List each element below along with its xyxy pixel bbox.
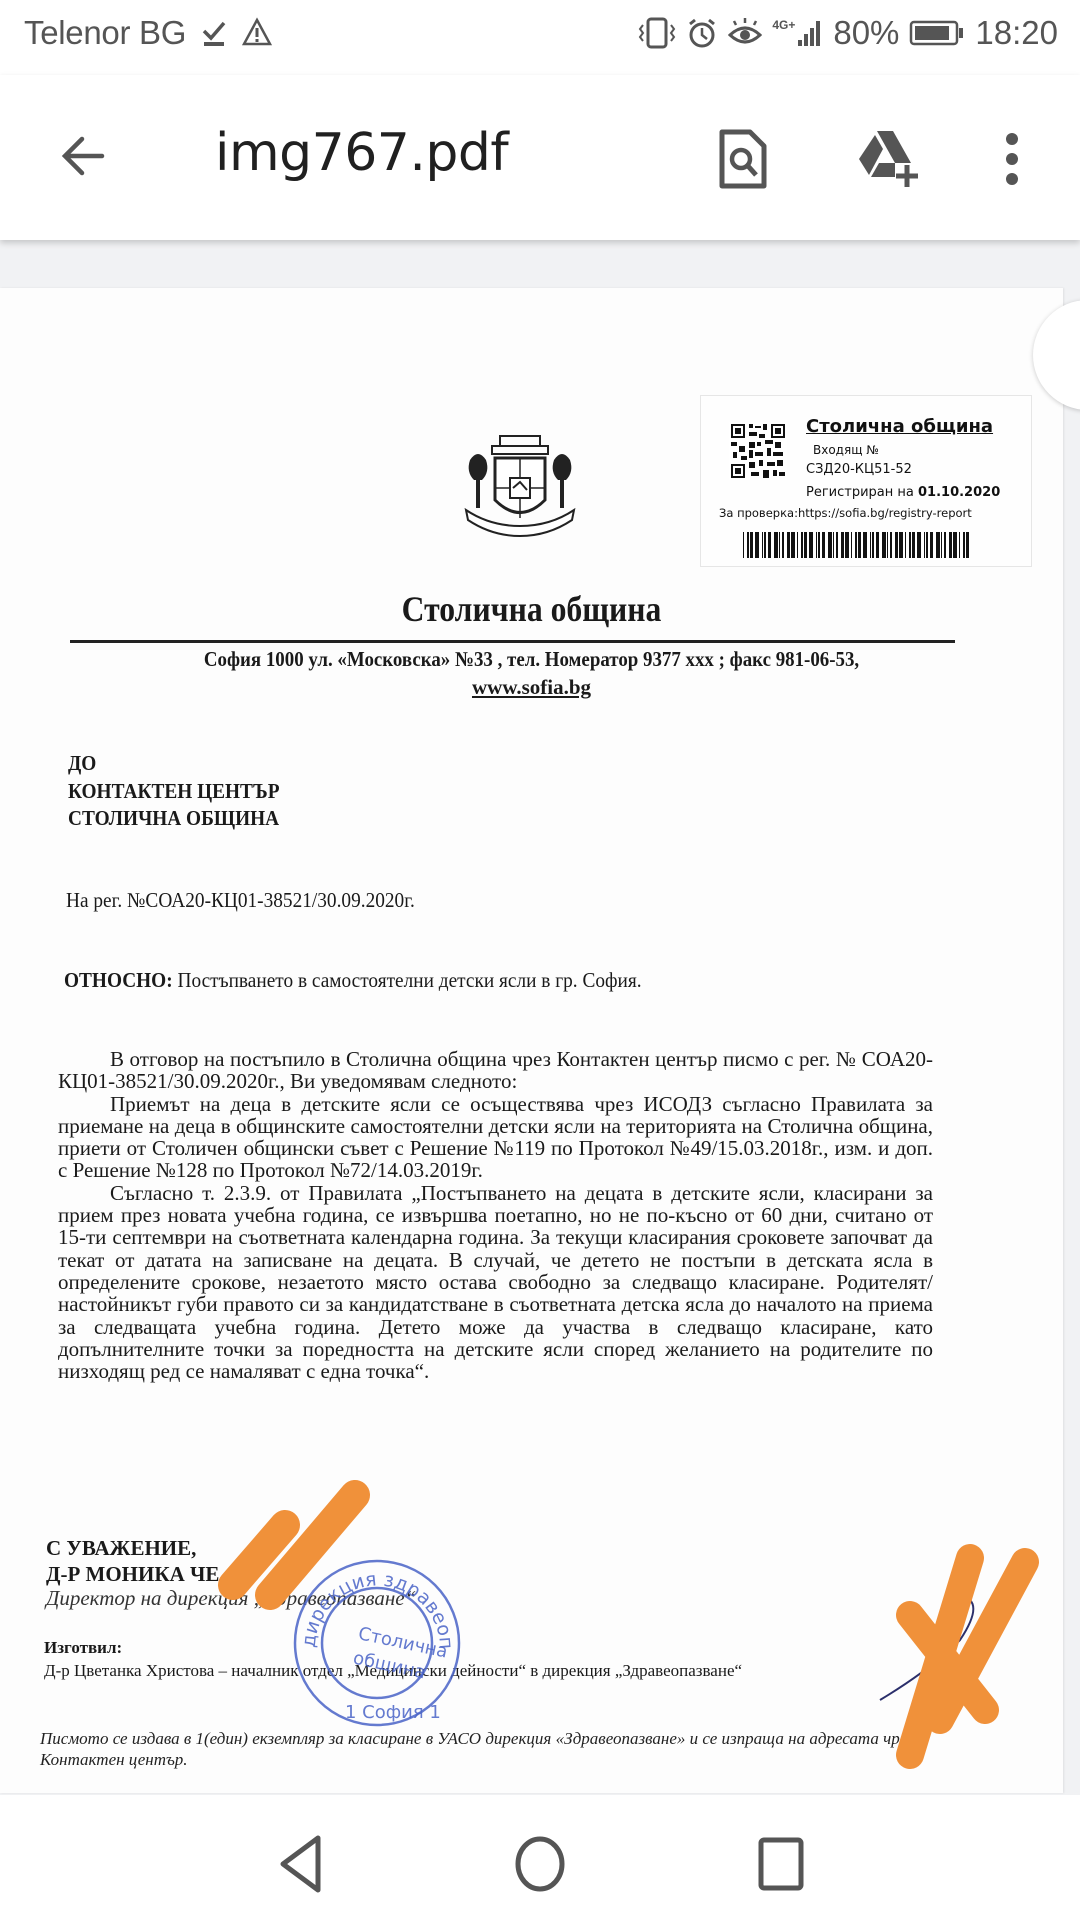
recipient-line-1: ДО [68,750,96,777]
paragraph: В отговор на постъпило в Столична община… [58,1048,933,1093]
subject-text: Постъпването в самостоятелни детски ясли… [173,968,642,992]
letter-body: В отговор на постъпило в Столична община… [58,1048,933,1382]
signer-name: Д-Р МОНИКА ЧЕ [46,1561,219,1587]
letterhead-title: Столична община [64,588,999,630]
add-to-drive-icon[interactable] [855,129,921,189]
warning-icon [242,17,272,47]
clock: 18:20 [975,14,1058,52]
home-nav-icon[interactable] [513,1835,567,1893]
paragraph: Приемът на деца в детските ясли се осъще… [58,1093,933,1182]
registered-date: 01.10.2020 [918,485,1000,500]
status-left: Telenor BG [24,14,272,52]
subject-line: ОТНОСНО: Постъпването в самостоятелни де… [64,968,642,993]
redaction-mark [215,1475,375,1615]
sticker-registered: Регистриран на 01.10.2020 [806,485,1000,500]
recipient-line-3: СТОЛИЧНА ОБЩИНА [68,805,279,832]
navigation-bar [0,1795,1080,1920]
battery-icon [909,19,965,47]
pdf-page: Столична община Входящ № СЗД20-КЦ51-52 Р… [0,288,1063,1793]
sticker-org: Столична община [806,416,993,437]
status-right: 4G+ 80% 18:20 [638,14,1058,52]
carrier-name: Telenor BG [24,14,186,51]
redaction-mark [870,1540,1060,1790]
footer-note: Писмото се издава в 1(един) екземпляр за… [40,1728,920,1770]
signal-icon: 4G+ [772,18,823,48]
arrow-left-icon[interactable] [58,131,108,181]
check-icon [201,17,227,47]
network-type: 4G+ [772,18,795,32]
signature-block: С УВАЖЕНИЕ, Д-Р МОНИКА ЧЕ [46,1535,219,1587]
closing: С УВАЖЕНИЕ, [46,1535,219,1561]
eye-comfort-icon [728,17,762,49]
app-bar: img767.pdf [0,75,1080,240]
find-in-document-icon[interactable] [718,128,768,190]
recipient-line-2: КОНТАКТЕН ЦЕНТЪР [68,778,280,805]
sticker-number: СЗД20-КЦ51-52 [806,462,912,477]
letterhead-rule [70,640,955,643]
document-title: img767.pdf [215,123,508,183]
battery-percent: 80% [833,14,899,52]
status-bar: Telenor BG 4G+ 80% 18:20 [0,0,1080,75]
sticker-verify-url: За проверка:https://sofia.bg/registry-re… [719,506,972,520]
vibrate-icon [638,17,676,49]
registry-sticker: Столична община Входящ № СЗД20-КЦ51-52 Р… [700,395,1032,567]
letterhead-website: www.sofia.bg [0,675,1063,700]
recents-nav-icon[interactable] [758,1837,804,1891]
alarm-icon [686,17,718,49]
sticker-incoming-label: Входящ № [813,443,879,457]
qr-code [729,422,787,480]
more-vert-icon[interactable] [1002,131,1022,187]
letterhead-address: София 1000 ул. «Московска» №33 , тел. Но… [53,647,1010,672]
reference-number: На рег. №СОА20-КЦ01-38521/30.09.2020г. [66,888,415,913]
barcode [743,532,971,558]
coat-of-arms-logo [460,430,580,542]
svg-text:1 София 1: 1 София 1 [345,1702,441,1723]
registered-prefix: Регистриран на [806,485,918,500]
back-nav-icon[interactable] [278,1835,324,1893]
subject-label: ОТНОСНО: [64,968,173,992]
paragraph: Съгласно т. 2.3.9. от Правилата „Постъпв… [58,1182,933,1383]
prepared-by-label: Изготвил: [44,1638,122,1658]
